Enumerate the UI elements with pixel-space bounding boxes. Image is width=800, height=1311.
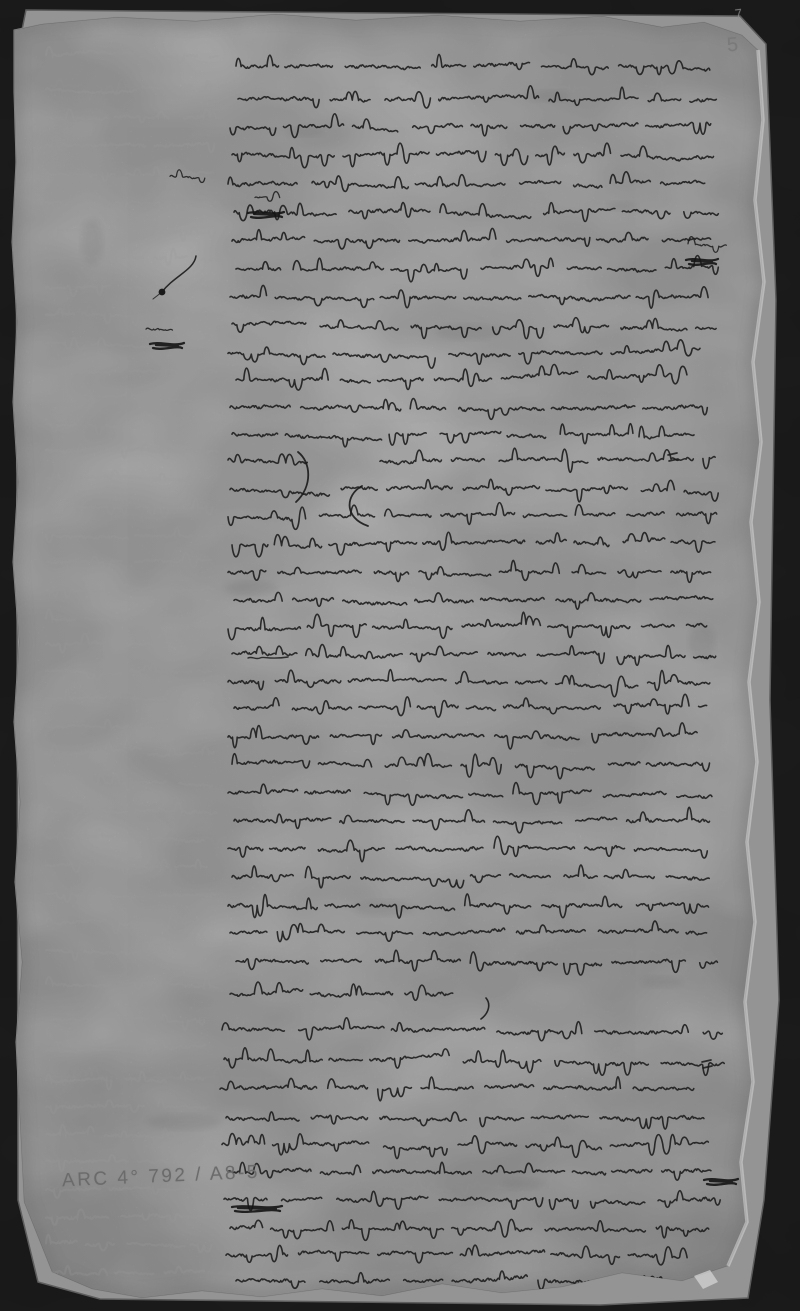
page-number: 5 [726, 34, 739, 58]
scanned-manuscript-page: 7 5 ARC 4° 792 / A8-5 [0, 0, 800, 1311]
manuscript-scan-canvas [0, 0, 800, 1311]
